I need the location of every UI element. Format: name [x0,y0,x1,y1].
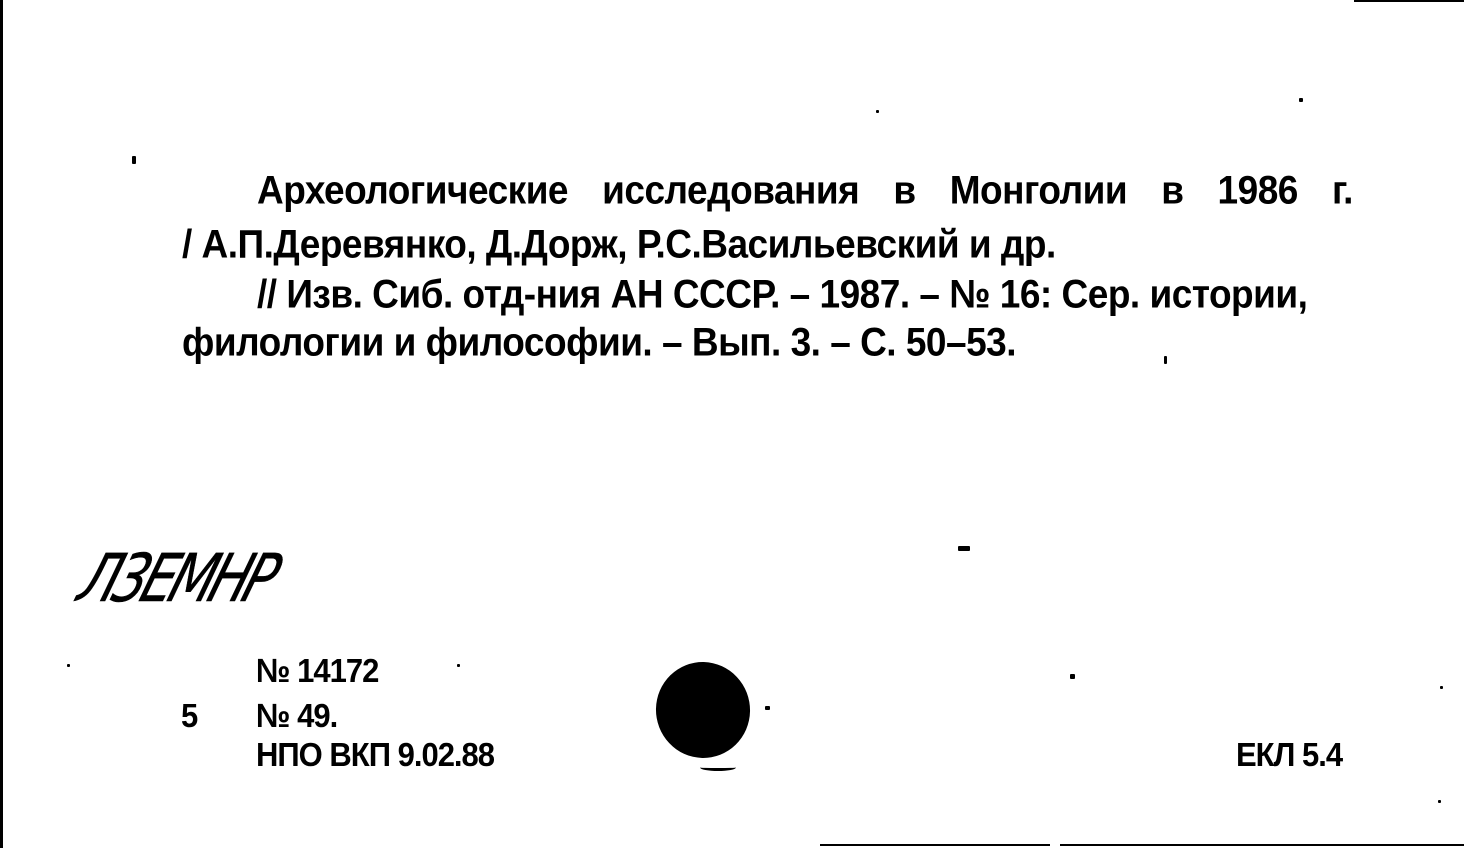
card-top-edge [1354,0,1464,2]
source-citation: // Изв. Сиб. отд-ния АН СССР. – 1987. – … [257,272,1307,317]
source-citation-continued: филологии и философии. – Вып. 3. – С. 50… [182,320,1016,365]
ink-speck [1164,356,1167,364]
card-bottom-edge [820,844,1050,846]
publisher-date: НПО ВКП 9.02.88 [256,736,494,775]
ink-speck [67,664,70,667]
title-word: Археологические [257,168,568,213]
title-word: в [1161,168,1183,213]
ink-speck [457,664,460,667]
bibliographic-title: Археологические исследования в Монголии … [257,168,1353,213]
card-number: № 49. [256,697,337,736]
catalog-card: Археологические исследования в Монголии … [0,0,1464,848]
ink-speck [1070,674,1075,679]
ink-speck [1438,800,1441,803]
classification-code: ЕКЛ 5.4 [1236,736,1342,775]
handwritten-shelf-code: Л3ЕМНР [70,540,285,617]
inventory-number: № 14172 [256,652,378,691]
side-number: 5 [181,697,197,736]
ink-speck [958,546,970,551]
title-word: 1986 [1218,168,1298,213]
title-word: в [893,168,915,213]
punch-hole-shadow [700,764,736,771]
ink-speck [876,110,879,113]
card-left-edge [0,0,3,848]
ink-speck [132,156,136,164]
card-bottom-edge [1060,844,1464,846]
authors: / А.П.Деревянко, Д.Дорж, Р.С.Васильевски… [182,222,1056,267]
title-word: г. [1332,168,1353,213]
ink-speck [765,706,770,710]
title-word: Монголии [950,168,1127,213]
ink-speck [1440,686,1443,689]
ink-speck [1299,98,1303,102]
punch-hole [648,655,757,766]
title-word: исследования [602,168,859,213]
